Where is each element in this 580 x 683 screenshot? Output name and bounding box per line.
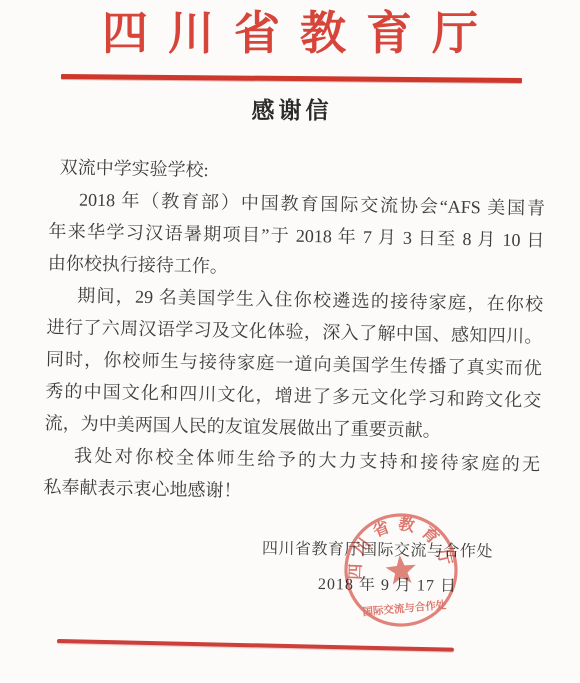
letter-body: 双流中学实验学校: 2018 年（教育部）中国教育国际交流协会“AFS 美国青 … (43, 151, 546, 512)
letterhead-agency: 四川省教育厅 (0, 5, 580, 63)
letter-title: 感谢信 (0, 92, 580, 125)
letterhead-rule (61, 74, 522, 83)
letter-page: 四川省教育厅 感谢信 双流中学实验学校: 2018 年（教育部）中国教育国际交流… (0, 0, 580, 683)
footer-rule (57, 639, 454, 652)
official-seal: 四川省教育厅 国际交流与合作处 (325, 494, 477, 646)
star-icon (385, 554, 418, 585)
